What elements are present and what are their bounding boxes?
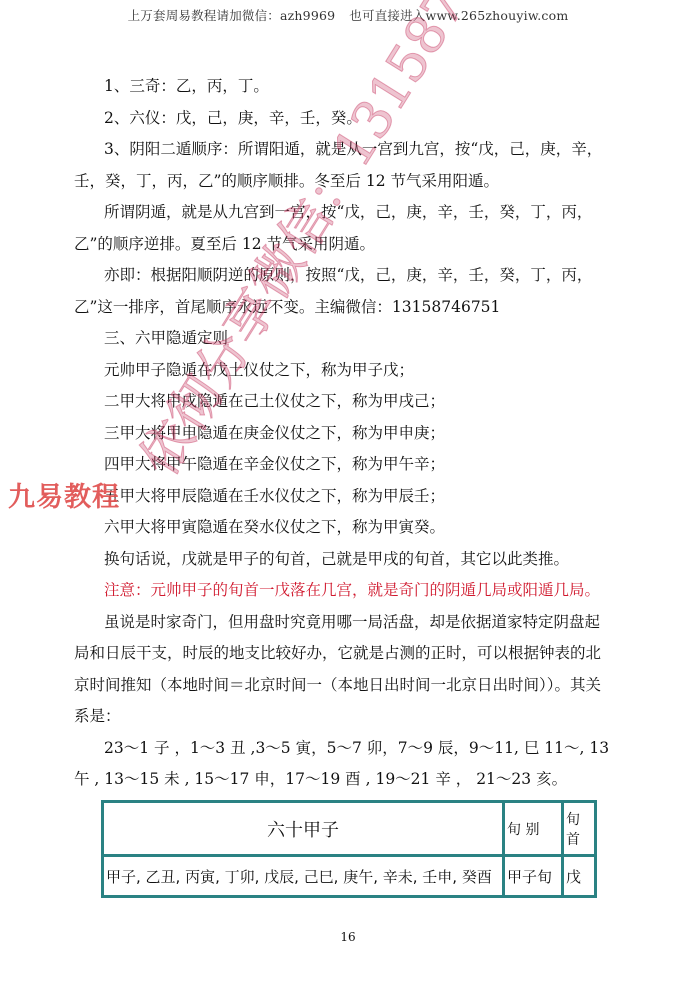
header-wechat-text: 上万套周易教程请加微信：azh9969 xyxy=(128,8,336,23)
text-line: 局和日辰干支，时辰的地支比较好办，它就是占测的正时，可以根据钟表的北 xyxy=(74,638,608,670)
text-line: 注意：元帅甲子的旬首一戊落在几宫，就是奇门的阴遁几局或阳遁几局。 xyxy=(104,575,608,607)
cell-xun: 甲子旬 xyxy=(504,856,563,897)
cell-jiazi-list: 甲子, 乙丑, 丙寅, 丁卯, 戊辰, 己巳, 庚午, 辛未, 壬申, 癸酉 xyxy=(103,856,504,897)
text-line: 乙”的顺序逆排。夏至后 12 节气采用阴遁。 xyxy=(74,229,608,261)
text-line: 六甲大将甲寅隐遁在癸水仪仗之下，称为甲寅癸。 xyxy=(104,512,608,544)
table-header-row: 六十甲子 旬 别 旬首 xyxy=(103,802,596,856)
sixty-jiazi-table: 六十甲子 旬 别 旬首 甲子, 乙丑, 丙寅, 丁卯, 戊辰, 己巳, 庚午, … xyxy=(101,800,597,898)
text-line: 换句话说，戊就是甲子的旬首，己就是甲戌的旬首，其它以此类推。 xyxy=(104,544,608,576)
text-line: 系是： xyxy=(74,701,608,733)
text-line: 乙”这一排序，首尾顺序永远不变。主编微信：13158746751 xyxy=(74,292,608,324)
brand-watermark: 九易教程 xyxy=(8,475,120,514)
cell-xun-head: 戊 xyxy=(563,856,596,897)
header-cell-xun-category: 旬 别 xyxy=(504,802,563,856)
table-row: 甲子, 乙丑, 丙寅, 丁卯, 戊辰, 己巳, 庚午, 辛未, 壬申, 癸酉 甲… xyxy=(103,856,596,897)
text-line: 京时间推知（本地时间＝北京时间一（本地日出时间一北京日出时间））。其关 xyxy=(74,670,608,702)
text-line: 虽说是时家奇门，但用盘时究竟用哪一局活盘，却是依据道家特定阴盘起 xyxy=(104,607,608,639)
header-cell-sixty-jiazi: 六十甲子 xyxy=(103,802,504,856)
text-line: 亦即：根据阳顺阴逆的原则，按照“戊，己，庚，辛，壬，癸，丁，丙， xyxy=(104,260,608,292)
text-line: 23～1 子 ，1～3 丑 ,3～5 寅，5～7 卯，7～9 辰，9～11, 巳… xyxy=(104,733,608,765)
header-cell-xun-head: 旬首 xyxy=(563,802,596,856)
text-line: 午 , 13～15 未 , 15～17 申，17～19 酉 , 19～21 辛 … xyxy=(74,764,608,796)
page-header: 上万套周易教程请加微信：azh9969也可直接进入www.265zhouyiw.… xyxy=(0,6,696,24)
page-number: 16 xyxy=(0,930,696,944)
